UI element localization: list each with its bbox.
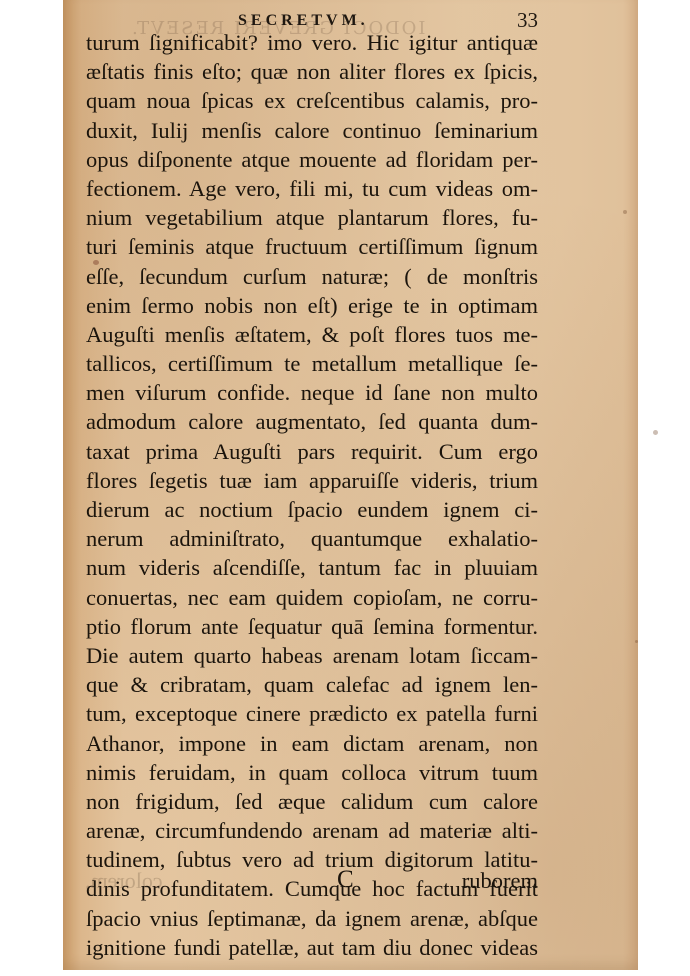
text-line: tallicos, certiſſimum te metallum metall… xyxy=(86,349,538,378)
text-line: ſpacio vnius ſeptimanæ, da ignem arenæ, … xyxy=(86,904,538,933)
text-line: enim ſermo nobis non eſt) erige te in op… xyxy=(86,291,538,320)
text-line: conuertas, nec eam quidem copioſam, ne c… xyxy=(86,583,538,612)
text-line: duxit, Iulij menſis calore continuo ſemi… xyxy=(86,116,538,145)
text-line: fectionem. Age vero, fili mi, tu cum vid… xyxy=(86,174,538,203)
text-line: flores ſegetis tuæ iam apparuiſſe videri… xyxy=(86,466,538,495)
text-line: admodum calore augmentato, ſed quanta du… xyxy=(86,407,538,436)
text-line: nium vegetabilium atque plantarum flores… xyxy=(86,203,538,232)
text-line: tum, exceptoque cinere prædicto ex patel… xyxy=(86,699,538,728)
text-line: ignitione fundi patellæ, aut tam diu don… xyxy=(86,933,538,962)
text-line: nerum adminiſtrato, quantumque exhalatio… xyxy=(86,524,538,553)
text-line: Auguſti menſis æſtatem, & poſt flores tu… xyxy=(86,320,538,349)
text-line: turi ſeminis atque fructuum certiſſimum … xyxy=(86,232,538,261)
signature-mark: C xyxy=(337,866,354,894)
text-line: ptio florum ante ſequatur quā ſemina for… xyxy=(86,612,538,641)
paper-speck xyxy=(623,210,627,214)
text-line: eſſe, ſecundum curſum naturæ; ( de monſt… xyxy=(86,262,538,291)
text-line: nimis feruidam, in quam colloca vitrum t… xyxy=(86,758,538,787)
paper-speck xyxy=(653,430,658,435)
text-line: turum ſignificabit? imo vero. Hic igitur… xyxy=(86,28,538,57)
text-line: Athanor, impone in eam dictam arenam, no… xyxy=(86,729,538,758)
catchword: ruborem xyxy=(462,868,538,894)
text-line: que & cribratam, quam calefac ad ignem l… xyxy=(86,670,538,699)
text-line: æſtatis finis eſto; quæ non aliter flore… xyxy=(86,57,538,86)
text-line: dierum ac noctium ſpacio eundem ignem ci… xyxy=(86,495,538,524)
body-text: turum ſignificabit? imo vero. Hic igitur… xyxy=(86,28,538,962)
text-line: men viſurum confide. neque id ſane non m… xyxy=(86,378,538,407)
text-line: non frigidum, ſed æque calidum cum calor… xyxy=(86,787,538,816)
text-line: num videris aſcendiſſe, tantum fac in pl… xyxy=(86,553,538,582)
paper-speck xyxy=(635,640,638,643)
text-line: taxat prima Auguſti pars requirit. Cum e… xyxy=(86,437,538,466)
page-footer: C ruborem xyxy=(86,866,538,894)
text-line: arenæ, circumfundendo arenam ad materiæ … xyxy=(86,816,538,845)
text-line: Die autem quarto habeas arenam lotam ſic… xyxy=(86,641,538,670)
text-line: opus diſponente atque mouente ad florida… xyxy=(86,145,538,174)
text-line: quam noua ſpicas ex creſcentibus calamis… xyxy=(86,86,538,115)
